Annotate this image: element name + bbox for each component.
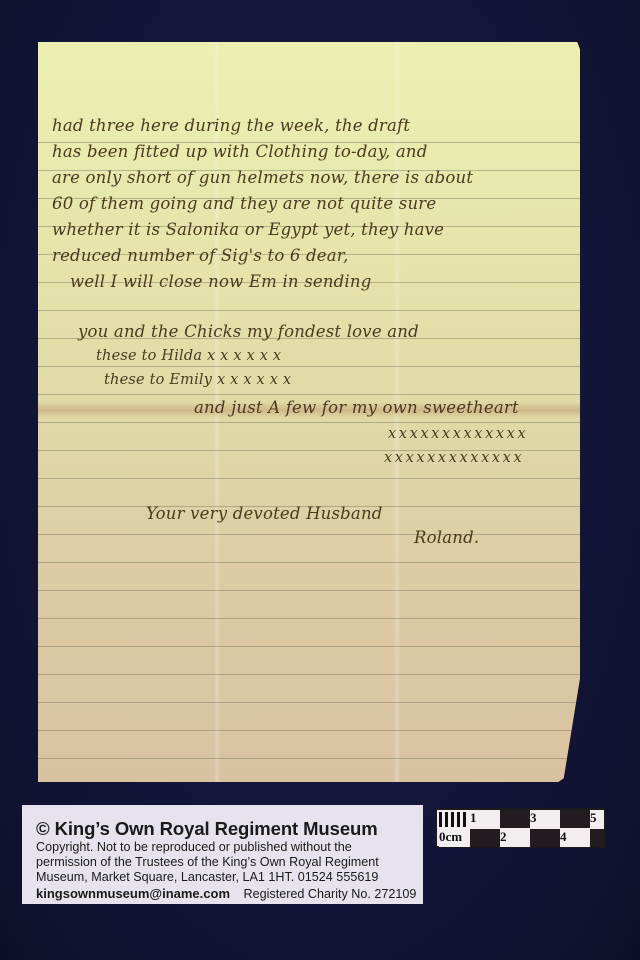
copyright-line: permission of the Trustees of the King’s… <box>36 855 423 870</box>
scale-cell-3: 3 <box>530 810 560 828</box>
letter-line: are only short of gun helmets now, there… <box>52 168 570 187</box>
letter-line: 60 of them going and they are not quite … <box>52 194 570 213</box>
museum-copyright-label: © King’s Own Royal Regiment Museum Copyr… <box>22 805 423 904</box>
scale-cell-5: 5 <box>590 810 604 828</box>
scale-cell-4: 4 <box>560 829 590 847</box>
contact-line: kingsownmuseum@iname.com Registered Char… <box>36 885 423 903</box>
scale-cell-2: 2 <box>500 829 530 847</box>
letter-line: well I will close now Em in sending <box>70 272 570 291</box>
signature: Roland. <box>414 528 570 547</box>
museum-email: kingsownmuseum@iname.com <box>36 886 230 901</box>
ruled-line <box>38 562 580 563</box>
millimetre-ticks <box>439 812 469 828</box>
museum-title: © King’s Own Royal Regiment Museum <box>36 818 423 840</box>
ruled-line <box>38 422 580 423</box>
copyright-line: Copyright. Not to be reproduced or publi… <box>36 840 423 855</box>
ruled-line <box>38 590 580 591</box>
scale-cell-dark <box>470 829 500 847</box>
ruled-line <box>38 394 580 395</box>
ruled-line <box>38 674 580 675</box>
ruled-line <box>38 702 580 703</box>
closing-line: Your very devoted Husband <box>146 504 570 523</box>
ruled-line <box>38 646 580 647</box>
letter-page: had three here during the week, the draf… <box>38 42 580 782</box>
letter-line: these to Emily x x x x x x <box>104 372 570 388</box>
ruled-line <box>38 366 580 367</box>
scale-cell-dark <box>500 810 530 828</box>
letter-line: whether it is Salonika or Egypt yet, the… <box>52 220 570 239</box>
ruled-line <box>38 758 580 759</box>
ruled-line <box>38 730 580 731</box>
letter-line: reduced number of Sig's to 6 dear, <box>52 246 570 265</box>
scale-cell-dark <box>530 829 560 847</box>
address-line: Museum, Market Square, Lancaster, LA1 1H… <box>36 870 423 885</box>
ruled-line <box>38 310 580 311</box>
letter-line: you and the Chicks my fondest love and <box>78 322 570 341</box>
centimetre-scale-bar: 0cm 1 2 3 4 5 <box>435 808 606 848</box>
kisses-line: x x x x x x x x x x x x x <box>388 426 570 442</box>
scale-cell-dark <box>560 810 590 828</box>
scale-cell-0: 0cm <box>439 829 470 847</box>
letter-line: and just A few for my own sweetheart <box>194 398 570 417</box>
letter-line: has been fitted up with Clothing to-day,… <box>52 142 570 161</box>
kisses-line: x x x x x x x x x x x x x <box>384 450 570 466</box>
charity-number: Registered Charity No. 272109 <box>244 887 417 901</box>
letter-line: these to Hilda x x x x x x <box>96 348 570 364</box>
ruled-line <box>38 478 580 479</box>
scale-cell-1: 1 <box>470 810 500 828</box>
ruled-line <box>38 618 580 619</box>
scale-cell-dark <box>590 829 604 847</box>
letter-line: had three here during the week, the draf… <box>52 116 570 135</box>
